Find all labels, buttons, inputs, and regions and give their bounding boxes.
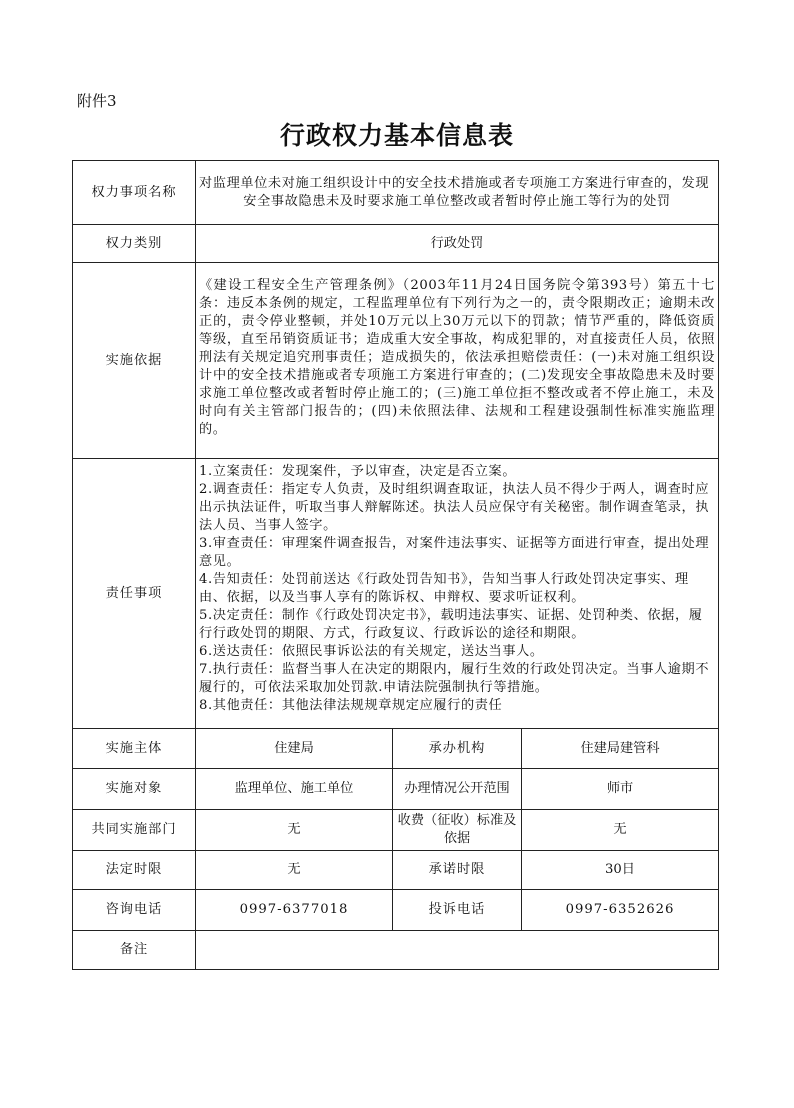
row-basis: 实施依据 《建设工程安全生产管理条例》（2003年11月24日国务院令第393号…	[73, 263, 719, 459]
label-subject: 实施主体	[73, 729, 196, 769]
page-title: 行政权力基本信息表	[0, 116, 794, 152]
attachment-label: 附件3	[77, 90, 117, 111]
duty-item: 3.审查责任：审理案件调查报告，对案件违法事实、证据等方面进行审查，提出处理意见…	[199, 535, 715, 571]
row-duties: 责任事项 1.立案责任：发现案件，予以审查，决定是否立案。 2.调查责任：指定专…	[73, 459, 719, 729]
label-fee: 收费（征收）标准及依据	[393, 810, 522, 851]
value-duties: 1.立案责任：发现案件，予以审查，决定是否立案。 2.调查责任：指定专人负责，及…	[196, 459, 719, 729]
label-basis: 实施依据	[73, 263, 196, 459]
duty-item: 2.调查责任：指定专人负责，及时组织调查取证，执法人员不得少于两人，调查时应出示…	[199, 481, 715, 535]
value-handler: 住建局建管科	[522, 729, 719, 769]
duty-item: 6.送达责任：依照民事诉讼法的有关规定，送达当事人。	[199, 643, 715, 661]
label-duties: 责任事项	[73, 459, 196, 729]
label-consult-phone: 咨询电话	[73, 890, 196, 931]
value-remark	[196, 931, 719, 970]
row-phone: 咨询电话 0997-6377018 投诉电话 0997-6352626	[73, 890, 719, 931]
row-target: 实施对象 监理单位、施工单位 办理情况公开范围 师市	[73, 769, 719, 810]
duty-item: 7.执行责任：监督当事人在决定的期限内，履行生效的行政处罚决定。当事人逾期不履行…	[199, 661, 715, 697]
label-name: 权力事项名称	[73, 161, 196, 225]
duty-item: 5.决定责任：制作《行政处罚决定书》，载明违法事实、证据、处罚种类、依据，履行行…	[199, 607, 715, 643]
label-complaint-phone: 投诉电话	[393, 890, 522, 931]
value-legal-limit: 无	[196, 851, 393, 890]
value-consult-phone: 0997-6377018	[196, 890, 393, 931]
value-promise-limit: 30日	[522, 851, 719, 890]
value-complaint-phone: 0997-6352626	[522, 890, 719, 931]
value-joint: 无	[196, 810, 393, 851]
value-basis: 《建设工程安全生产管理条例》（2003年11月24日国务院令第393号）第五十七…	[196, 263, 719, 459]
label-target: 实施对象	[73, 769, 196, 810]
duty-item: 4.告知责任：处罚前送达《行政处罚告知书》，告知当事人行政处罚决定事实、理由、依…	[199, 571, 715, 607]
label-joint: 共同实施部门	[73, 810, 196, 851]
value-category: 行政处罚	[196, 225, 719, 263]
duty-item: 1.立案责任：发现案件，予以审查，决定是否立案。	[199, 463, 715, 481]
row-name: 权力事项名称 对监理单位未对施工组织设计中的安全技术措施或者专项施工方案进行审查…	[73, 161, 719, 225]
value-disclosure: 师市	[522, 769, 719, 810]
row-limit: 法定时限 无 承诺时限 30日	[73, 851, 719, 890]
label-remark: 备注	[73, 931, 196, 970]
row-remark: 备注	[73, 931, 719, 970]
label-handler: 承办机构	[393, 729, 522, 769]
row-joint: 共同实施部门 无 收费（征收）标准及依据 无	[73, 810, 719, 851]
label-legal-limit: 法定时限	[73, 851, 196, 890]
value-fee: 无	[522, 810, 719, 851]
info-table: 权力事项名称 对监理单位未对施工组织设计中的安全技术措施或者专项施工方案进行审查…	[72, 160, 719, 970]
row-category: 权力类别 行政处罚	[73, 225, 719, 263]
label-category: 权力类别	[73, 225, 196, 263]
value-subject: 住建局	[196, 729, 393, 769]
label-promise-limit: 承诺时限	[393, 851, 522, 890]
label-disclosure: 办理情况公开范围	[393, 769, 522, 810]
value-target: 监理单位、施工单位	[196, 769, 393, 810]
row-subject: 实施主体 住建局 承办机构 住建局建管科	[73, 729, 719, 769]
value-name: 对监理单位未对施工组织设计中的安全技术措施或者专项施工方案进行审查的，发现安全事…	[196, 161, 719, 225]
duty-item: 8.其他责任：其他法律法规规章规定应履行的责任	[199, 697, 715, 715]
